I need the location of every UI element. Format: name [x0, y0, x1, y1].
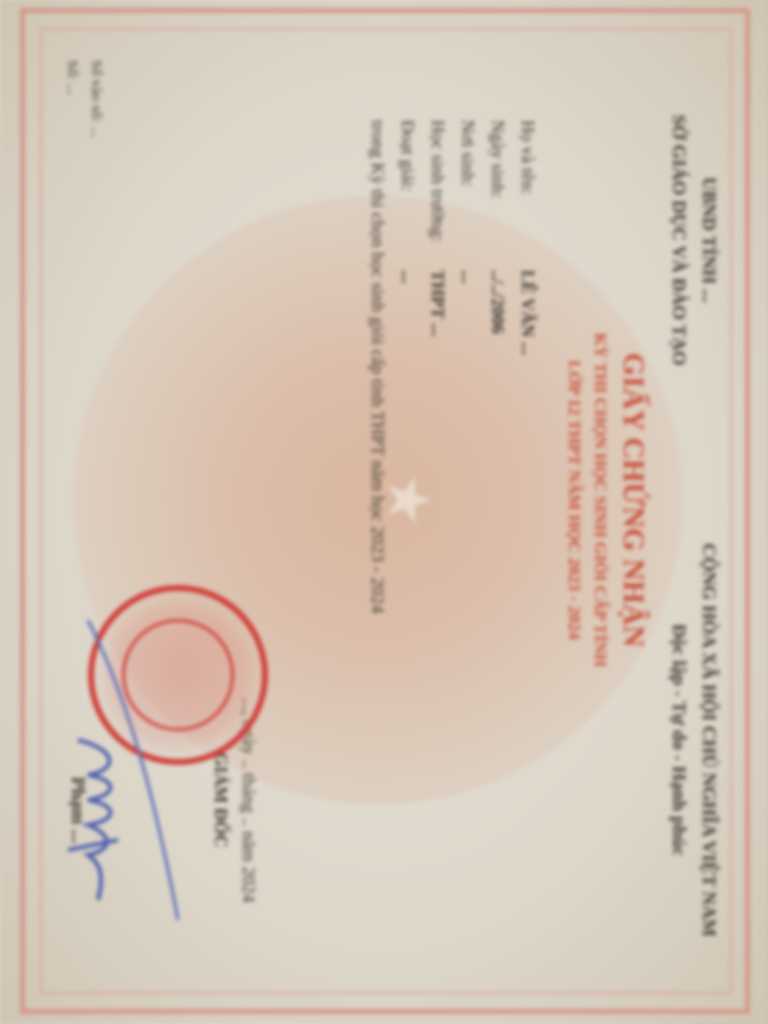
certificate-body-text: trong Kỳ thi chọn học sinh giỏi cấp tỉnh… — [363, 120, 393, 940]
issuer-line-1: UBND TỈNH ... — [693, 60, 723, 420]
issuer-line-2: SỞ GIÁO DỤC VÀ ĐÀO TẠO — [663, 60, 693, 420]
national-motto-header: CỘNG HÒA XÃ HỘI CHỦ NGHĨA VIỆT NAM Độc l… — [663, 500, 723, 980]
field-value: ... — [393, 270, 423, 284]
issuer-header: UBND TỈNH ... SỞ GIÁO DỤC VÀ ĐÀO TẠO — [663, 60, 723, 420]
field-label: Ngày sinh: — [483, 120, 513, 270]
field-value: LÊ VĂN ... — [513, 270, 543, 355]
field-label: Nơi sinh: — [453, 120, 483, 270]
motto-line-1: CỘNG HÒA XÃ HỘI CHỦ NGHĨA VIỆT NAM — [693, 500, 723, 980]
field-label: Học sinh trường: — [423, 120, 453, 270]
certificate-subtitle-1: KỲ THI CHỌN HỌC SINH GIỎI CẤP TỈNH — [587, 150, 613, 850]
certificate-subtitle-2: LỚP 12 THPT NĂM HỌC 2023 - 2024 — [561, 150, 587, 850]
field-row: Ngày sinh: ../../2006 — [483, 120, 513, 940]
signer-name: Phạm ... — [66, 660, 88, 960]
motto-line-2: Độc lập - Tự do - Hạnh phúc — [663, 500, 693, 980]
field-value: ../../2006 — [483, 270, 513, 334]
certificate-fields: Họ và tên: LÊ VĂN ... Ngày sinh: ../../2… — [363, 120, 543, 940]
certificate-footer: Số vào sổ: ... Số: ... — [60, 60, 108, 420]
field-label: Đoạt giải: — [393, 120, 423, 270]
field-value: THPT ... — [423, 270, 453, 337]
field-row: Học sinh trường: THPT ... — [423, 120, 453, 940]
certificate-title-block: GIẤY CHỨNG NHẬN KỲ THI CHỌN HỌC SINH GIỎ… — [561, 150, 653, 850]
certificate: ★ UBND TỈNH ... SỞ GIÁO DỤC VÀ ĐÀO TẠO C… — [0, 0, 768, 1024]
certificate-title: GIẤY CHỨNG NHẬN — [613, 150, 653, 850]
registry-number: Số vào sổ: ... — [84, 60, 108, 420]
field-label: Họ và tên: — [513, 120, 543, 270]
field-value: ... — [453, 270, 483, 284]
document-number: Số: ... — [60, 60, 84, 420]
field-row: Nơi sinh: ... — [453, 120, 483, 940]
field-row: Họ và tên: LÊ VĂN ... — [513, 120, 543, 940]
field-row: Đoạt giải: ... — [393, 120, 423, 940]
